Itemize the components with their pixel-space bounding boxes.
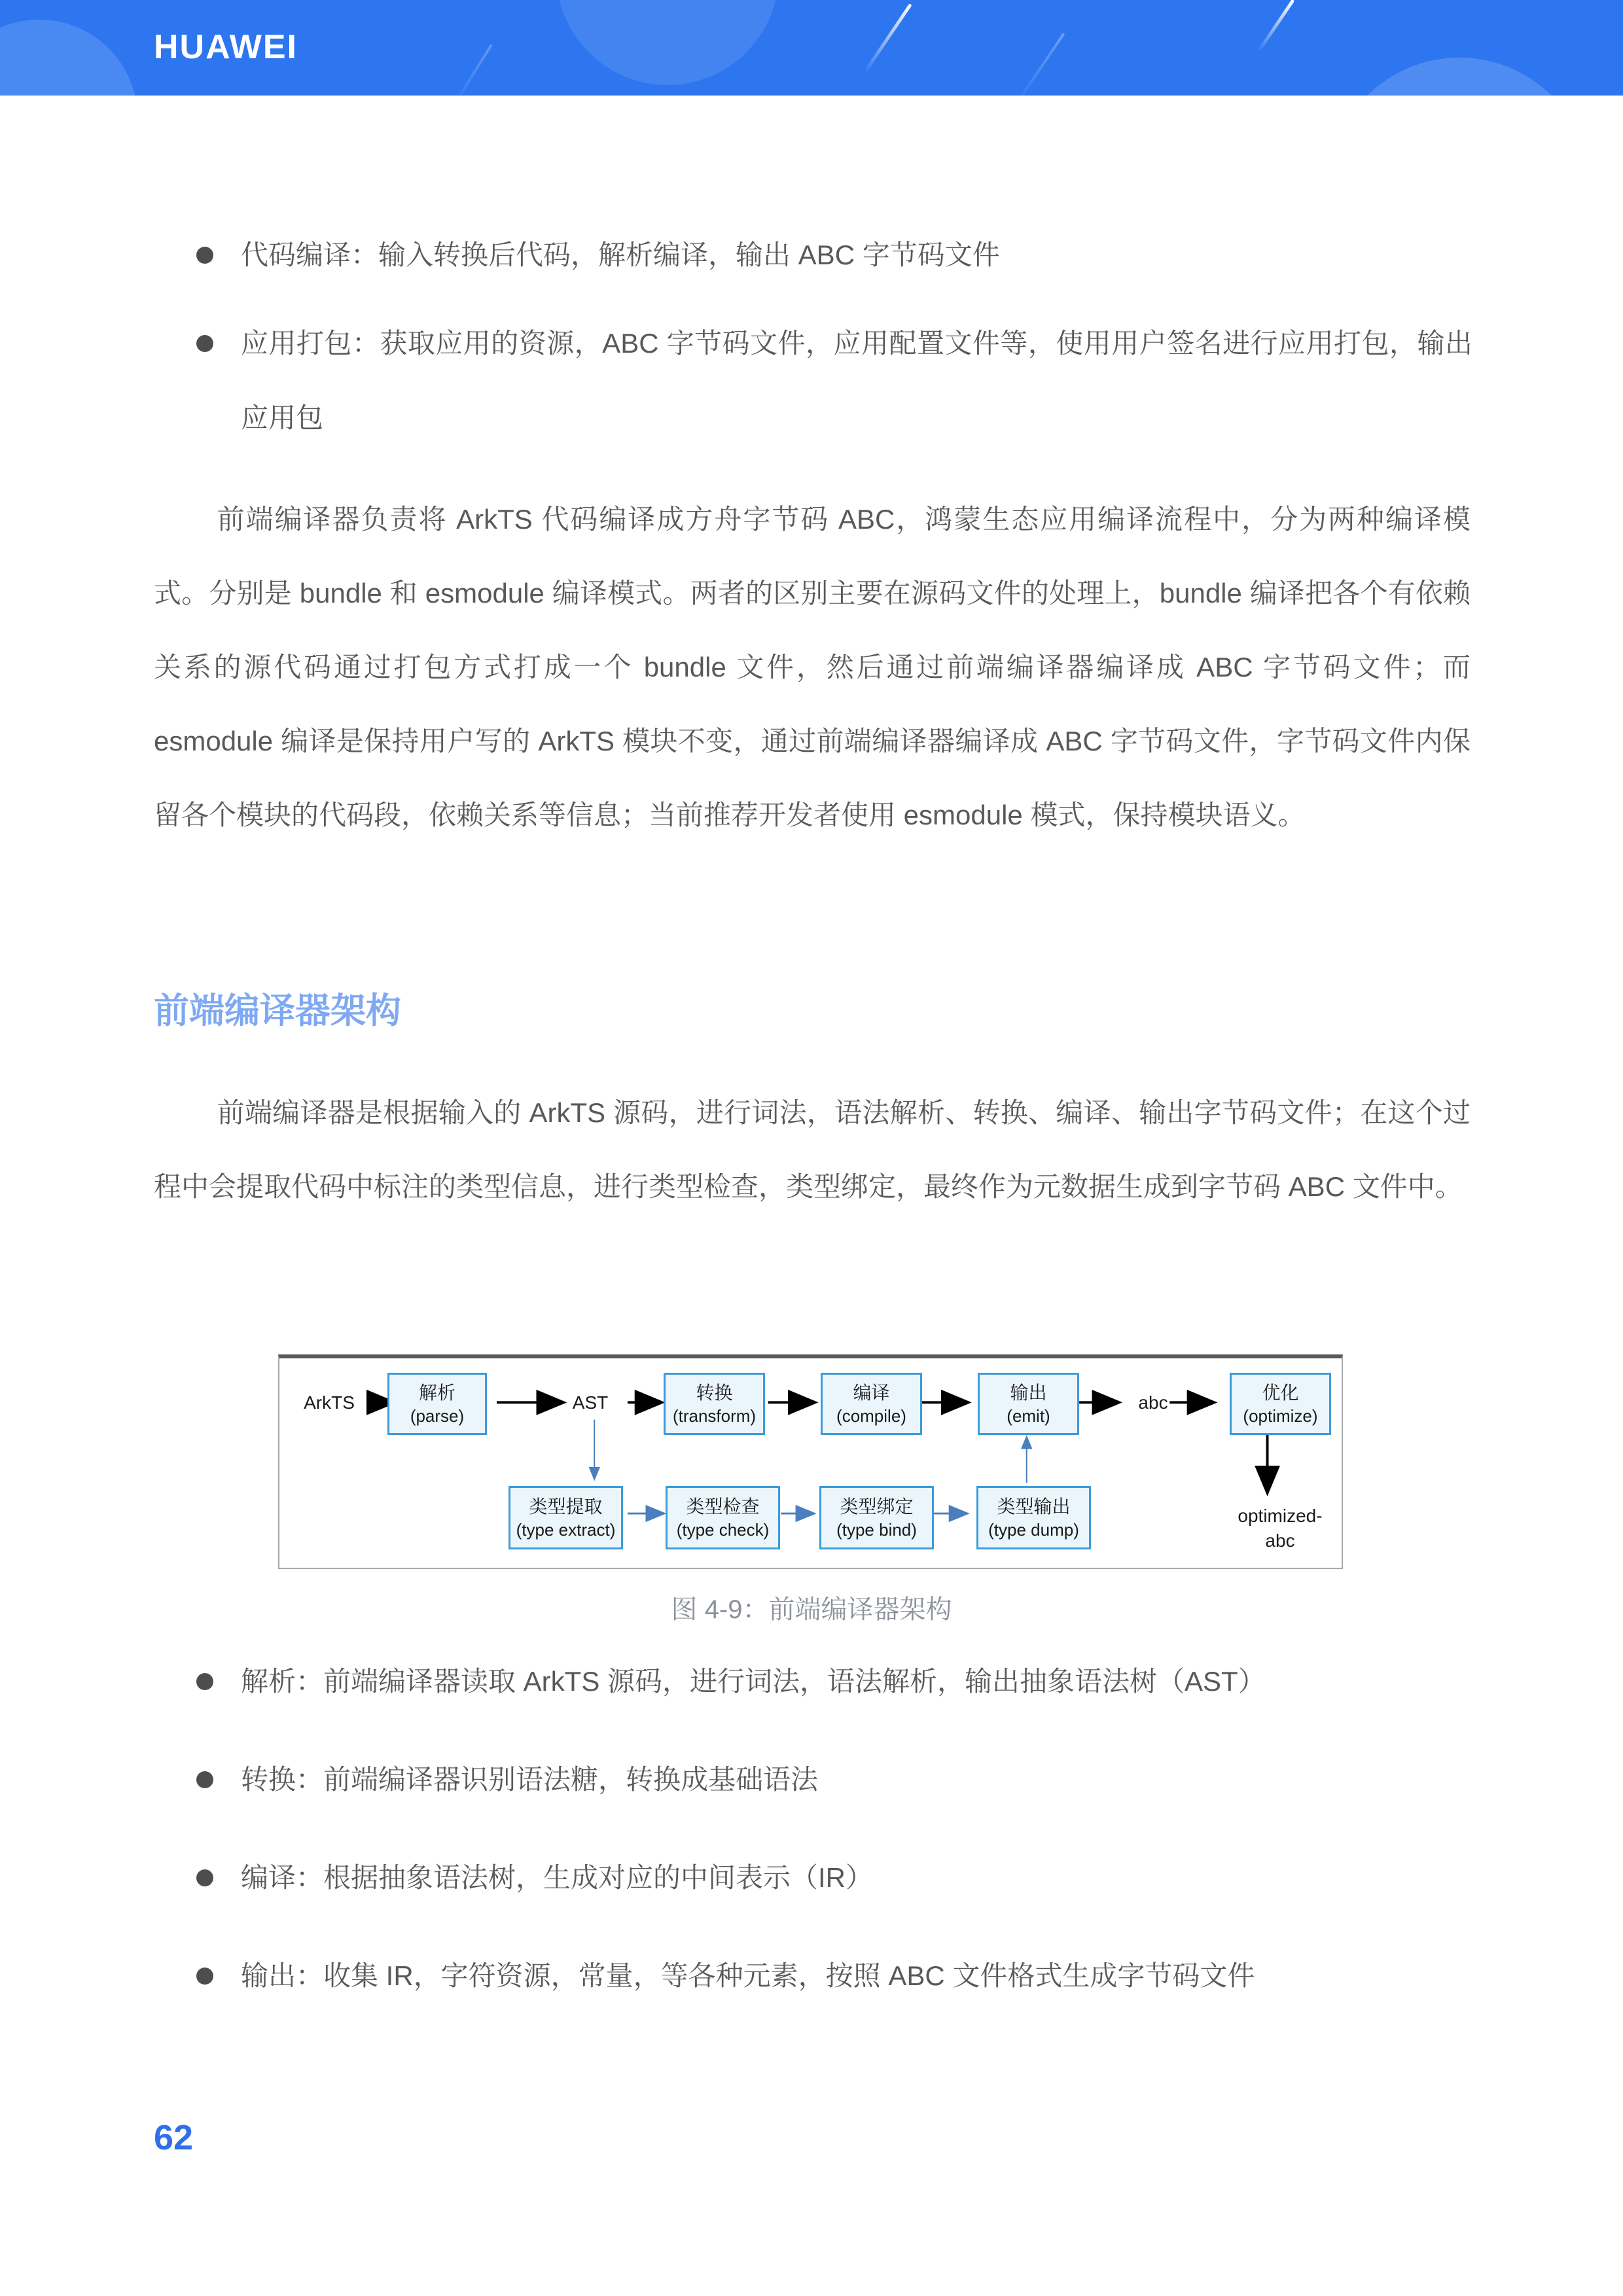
diagram-node-type-check: 类型检查 (type check)	[666, 1486, 780, 1549]
node-label-zh: 解析	[419, 1381, 455, 1405]
bullet-text: 解析：前端编译器读取 ArkTS 源码，进行词法，语法解析，输出抽象语法树（AS…	[241, 1644, 1266, 1719]
decorative-streak	[1258, 0, 1295, 51]
architecture-diagram: ArkTS 解析 (parse) AST 转换 (transform) 编译 (…	[278, 1354, 1343, 1569]
diagram-node-compile: 编译 (compile)	[821, 1373, 922, 1435]
diagram-label-optimized-abc: optimized- abc	[1208, 1504, 1352, 1553]
diagram-label-ast: AST	[561, 1392, 620, 1413]
node-label-zh: 输出	[1010, 1381, 1046, 1405]
bullet-icon	[196, 1673, 213, 1690]
bullet-text: 转换：前端编译器识别语法糖，转换成基础语法	[241, 1742, 818, 1817]
node-label-zh: 类型检查	[686, 1495, 759, 1519]
decorative-circle	[1329, 58, 1590, 96]
bullet-icon	[196, 1869, 213, 1886]
node-label-zh: 类型提取	[529, 1495, 602, 1519]
list-item: 解析：前端编译器读取 ArkTS 源码，进行词法，语法解析，输出抽象语法树（AS…	[196, 1644, 1472, 1719]
decorative-circle	[556, 0, 779, 85]
bullet-text: 编译：根据抽象语法树，生成对应的中间表示（IR）	[241, 1841, 873, 1915]
node-label-en: (parse)	[410, 1405, 464, 1427]
bullet-text: 应用打包：获取应用的资源，ABC 字节码文件，应用配置文件等，使用用户签名进行应…	[241, 306, 1472, 455]
bottom-bullet-list: 解析：前端编译器读取 ArkTS 源码，进行词法，语法解析，输出抽象语法树（AS…	[196, 1644, 1472, 2013]
list-item: 应用打包：获取应用的资源，ABC 字节码文件，应用配置文件等，使用用户签名进行应…	[196, 306, 1472, 455]
node-label-en: (type bind)	[836, 1519, 917, 1541]
list-item: 代码编译：输入转换后代码，解析编译，输出 ABC 字节码文件	[196, 218, 1472, 292]
diagram-node-optimize: 优化 (optimize)	[1230, 1373, 1331, 1435]
page-number: 62	[154, 2115, 193, 2161]
node-label-en: (type extract)	[516, 1519, 616, 1541]
diagram-node-type-extract: 类型提取 (type extract)	[508, 1486, 623, 1549]
diagram-node-type-dump: 类型输出 (type dump)	[976, 1486, 1091, 1549]
figure-caption: 图 4-9：前端编译器架构	[0, 1591, 1623, 1628]
optimized-abc-line1: optimized-	[1208, 1504, 1352, 1528]
page-header: HUAWEI	[0, 0, 1623, 96]
diagram-node-transform: 转换 (transform)	[664, 1373, 765, 1435]
decorative-circle	[0, 20, 137, 96]
node-label-en: (transform)	[673, 1405, 756, 1427]
diagram-label-arkts: ArkTS	[289, 1392, 369, 1413]
node-label-zh: 类型输出	[997, 1495, 1070, 1519]
list-item: 编译：根据抽象语法树，生成对应的中间表示（IR）	[196, 1841, 1472, 1915]
node-label-zh: 转换	[696, 1381, 732, 1405]
node-label-en: (type dump)	[988, 1519, 1079, 1541]
huawei-logo: HUAWEI	[154, 27, 298, 67]
node-label-zh: 编译	[853, 1381, 889, 1405]
node-label-zh: 优化	[1262, 1381, 1298, 1405]
list-item: 转换：前端编译器识别语法糖，转换成基础语法	[196, 1742, 1472, 1817]
decorative-streak	[452, 44, 493, 96]
list-item: 输出：收集 IR，字符资源，常量，等各种元素，按照 ABC 文件格式生成字节码文…	[196, 1939, 1472, 2013]
diagram-label-abc: abc	[1130, 1392, 1176, 1413]
diagram-node-type-bind: 类型绑定 (type bind)	[819, 1486, 934, 1549]
node-label-zh: 类型绑定	[840, 1495, 913, 1519]
bullet-text: 输出：收集 IR，字符资源，常量，等各种元素，按照 ABC 文件格式生成字节码文…	[241, 1939, 1255, 2013]
top-bullet-list: 代码编译：输入转换后代码，解析编译，输出 ABC 字节码文件 应用打包：获取应用…	[196, 218, 1472, 455]
decorative-streak	[1016, 33, 1065, 96]
node-label-en: (type check)	[677, 1519, 770, 1541]
paragraph-compile-modes: 前端编译器负责将 ArkTS 代码编译成方舟字节码 ABC，鸿蒙生态应用编译流程…	[154, 482, 1471, 852]
diagram-node-emit: 输出 (emit)	[978, 1373, 1079, 1435]
paragraph-frontend-compiler: 前端编译器是根据输入的 ArkTS 源码，进行词法，语法解析、转换、编译、输出字…	[154, 1076, 1471, 1224]
bullet-icon	[196, 335, 213, 352]
bullet-icon	[196, 1968, 213, 1985]
diagram-node-parse: 解析 (parse)	[387, 1373, 487, 1435]
document-page: HUAWEI 代码编译：输入转换后代码，解析编译，输出 ABC 字节码文件 应用…	[0, 0, 1623, 2296]
node-label-en: (emit)	[1007, 1405, 1050, 1427]
bullet-text: 代码编译：输入转换后代码，解析编译，输出 ABC 字节码文件	[241, 218, 1000, 292]
optimized-abc-line2: abc	[1208, 1528, 1352, 1553]
node-label-en: (compile)	[836, 1405, 906, 1427]
bullet-icon	[196, 247, 213, 264]
node-label-en: (optimize)	[1243, 1405, 1317, 1427]
decorative-streak	[865, 3, 912, 71]
bullet-icon	[196, 1771, 213, 1788]
section-heading: 前端编译器架构	[154, 986, 401, 1036]
